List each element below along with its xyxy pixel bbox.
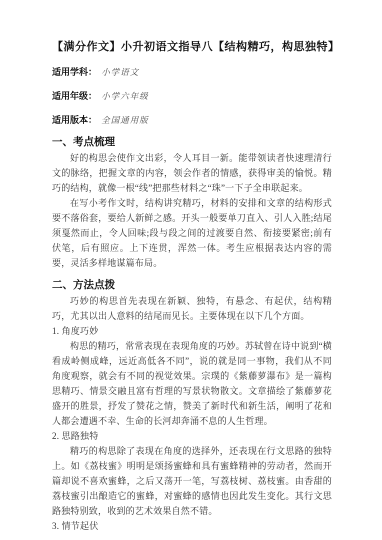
document-title: 【满分作文】小升初语文指导八【结构精巧，构思独特】 bbox=[52, 40, 332, 54]
paragraph-exam-points-2: 在写小考作文时，结构讲究精巧，材料的安排和文章的结构形式要不落俗套，要给人新鲜之… bbox=[52, 196, 332, 271]
meta-label-subject: 适用学科： bbox=[52, 67, 97, 77]
subheading-angle-clever: 1. 角度巧妙 bbox=[52, 324, 332, 339]
paragraph-unique-train-of-thought: 精巧的构思除了表现在角度的选择外，还表现在行文思路的独特上。如《荔枝蜜》明明是颂… bbox=[52, 444, 332, 519]
meta-value-edition: 全国通用版 bbox=[101, 115, 149, 125]
meta-row-grade: 适用年级： 小学六年级 bbox=[52, 90, 332, 102]
meta-value-grade: 小学六年级 bbox=[101, 91, 149, 101]
paragraph-angle-clever: 构思的精巧，常常表现在表现角度的巧妙。苏轼曾在诗中说到“横看成岭侧成峰，远近高低… bbox=[52, 339, 332, 429]
document-page: 【满分作文】小升初语文指导八【结构精巧，构思独特】 适用学科： 小学语文 适用年… bbox=[0, 0, 382, 540]
paragraph-method-intro: 巧妙的构思首先表现在新颖、独特，有悬念、有起伏，结构精巧，尤其以出人意料的结尾而… bbox=[52, 294, 332, 324]
paragraph-exam-points-1: 好的构思会使作文出彩，令人耳目一新。能带领读者快速理清行文的脉络，把握文章的内容… bbox=[52, 151, 332, 196]
meta-label-edition: 适用版本： bbox=[52, 115, 97, 125]
section-heading-method-tips: 二、方法点拨 bbox=[52, 279, 332, 292]
meta-label-grade: 适用年级： bbox=[52, 91, 97, 101]
meta-row-subject: 适用学科： 小学语文 bbox=[52, 66, 332, 78]
section-heading-exam-points: 一、考点梳理 bbox=[52, 136, 332, 149]
meta-row-edition: 适用版本： 全国通用版 bbox=[52, 114, 332, 126]
meta-value-subject: 小学语文 bbox=[101, 67, 139, 77]
subheading-plot-ups-and-downs: 3. 情节起伏 bbox=[52, 519, 332, 534]
subheading-unique-train-of-thought: 2. 思路独特 bbox=[52, 429, 332, 444]
